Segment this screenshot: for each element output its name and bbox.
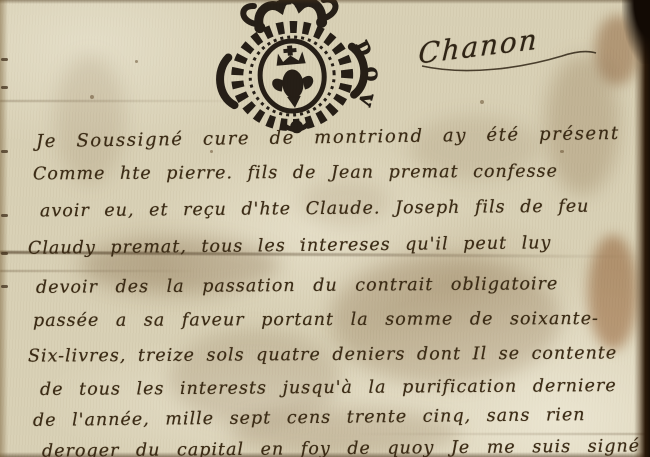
eagle-emblem-icon (272, 68, 315, 108)
paper-corner-dark (622, 0, 650, 64)
chain-ring-icon (233, 22, 351, 129)
coat-of-arms-stamp-icon: D O V (200, 0, 385, 144)
left-margin-mark (1, 58, 8, 61)
paper-crease (358, 433, 650, 435)
crown-icon (257, 0, 322, 29)
ink-speck (560, 150, 564, 153)
manuscript-line: Comme hte pierre. fils de Jean premat co… (33, 162, 558, 186)
manuscript-line: avoir eu, et reçu d'hte Claude. Joseph f… (40, 197, 590, 223)
manuscript-line: Claudy premat, tous les intereses qu'il … (28, 233, 552, 259)
paper-crease (0, 270, 195, 272)
stamp-rim-letter: D (352, 38, 375, 59)
paper-edge-left (0, 0, 8, 457)
handwritten-signature: Chanon (412, 22, 602, 82)
stamp-rim-letter: O (361, 66, 381, 82)
rust-stain (588, 235, 638, 350)
manuscript-line: passée a sa faveur portant la somme de s… (33, 309, 599, 332)
manuscript-line: de tous les interests jusqu'à la purific… (40, 376, 617, 401)
manuscript-line: de l'année, mille sept cens trente cinq,… (33, 405, 586, 432)
left-margin-mark (1, 150, 8, 153)
manuscript-line: devoir des la passation du contrait obli… (36, 274, 558, 299)
manuscript-photo: D O V Chanon Je Soussigné cure de montri… (0, 0, 650, 457)
manuscript-line: Six-livres, treize sols quatre deniers d… (28, 343, 617, 367)
paper-crease (0, 100, 260, 102)
paper-edge-right (634, 0, 650, 457)
left-margin-mark (1, 214, 8, 217)
manuscript-line: Je Soussigné cure de montriond ay été pr… (36, 123, 620, 153)
ink-speck (135, 60, 138, 63)
ink-speck (210, 150, 213, 153)
left-margin-mark (1, 285, 8, 288)
ink-speck (480, 100, 484, 104)
stamp-rim-letter: V (355, 90, 377, 108)
left-margin-mark (1, 252, 8, 255)
left-margin-mark (1, 86, 8, 89)
paper-edge-top (0, 0, 650, 4)
signature-flourish-icon (412, 22, 602, 82)
paper-edge-bottom (0, 452, 650, 457)
ink-speck (90, 95, 94, 99)
